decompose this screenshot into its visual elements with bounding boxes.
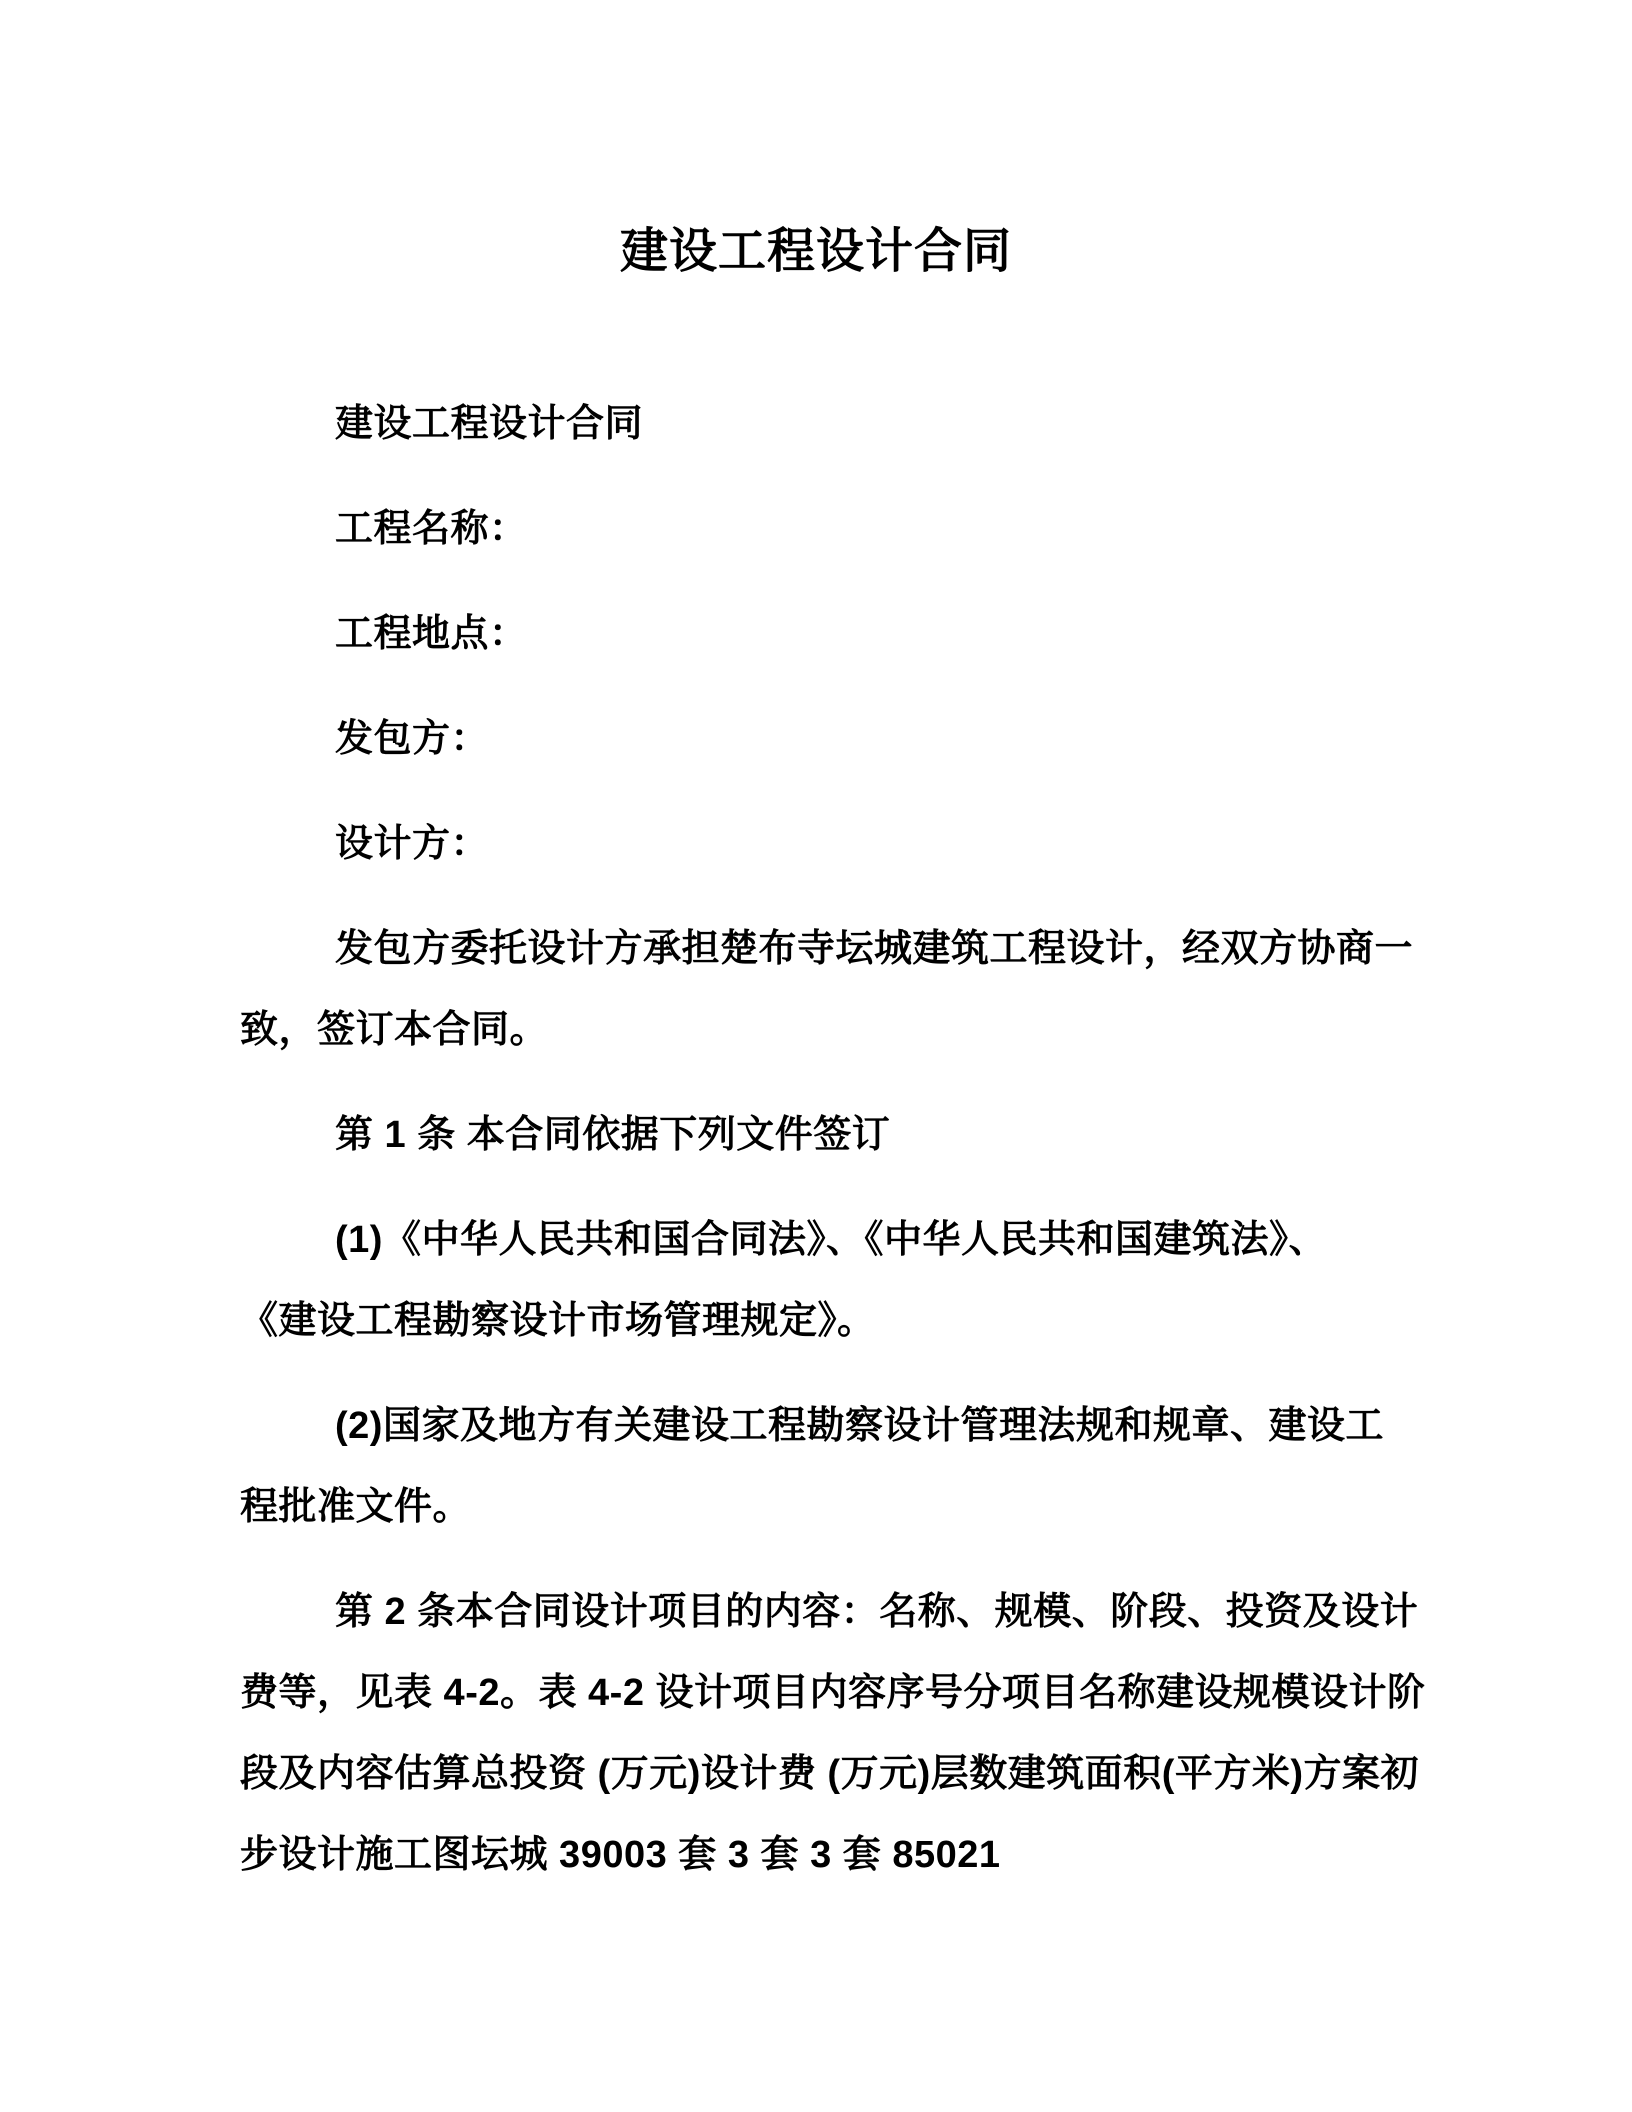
paragraph: 发包方委托设计方承担楚布寺坛城建筑工程设计，经双方协商一 致，签订本合同。 xyxy=(240,909,1500,1071)
paragraph: 建设工程设计合同 xyxy=(240,384,1500,465)
paragraph: 第 2 条本合同设计项目的内容：名称、规模、阶段、投资及设计 费等，见表 4-2… xyxy=(240,1572,1500,1896)
paragraph: 工程名称： xyxy=(240,489,1500,570)
paragraph: (1)《中华人民共和国合同法》、《中华人民共和国建筑法》、 《建设工程勘察设计市… xyxy=(240,1200,1500,1362)
paragraph: 设计方： xyxy=(240,804,1500,885)
contract-document-page: 建设工程设计合同 建设工程设计合同工程名称：工程地点：发包方：设计方：发包方委托… xyxy=(0,0,1632,2112)
document-title: 建设工程设计合同 xyxy=(240,0,1392,276)
document-body: 建设工程设计合同工程名称：工程地点：发包方：设计方：发包方委托设计方承担楚布寺坛… xyxy=(240,384,1482,1896)
paragraph: (2)国家及地方有关建设工程勘察设计管理法规和规章、建设工 程批准文件。 xyxy=(240,1386,1500,1548)
paragraph: 第 1 条 本合同依据下列文件签订 xyxy=(240,1095,1500,1176)
paragraph: 工程地点： xyxy=(240,594,1500,675)
paragraph: 发包方： xyxy=(240,699,1500,780)
